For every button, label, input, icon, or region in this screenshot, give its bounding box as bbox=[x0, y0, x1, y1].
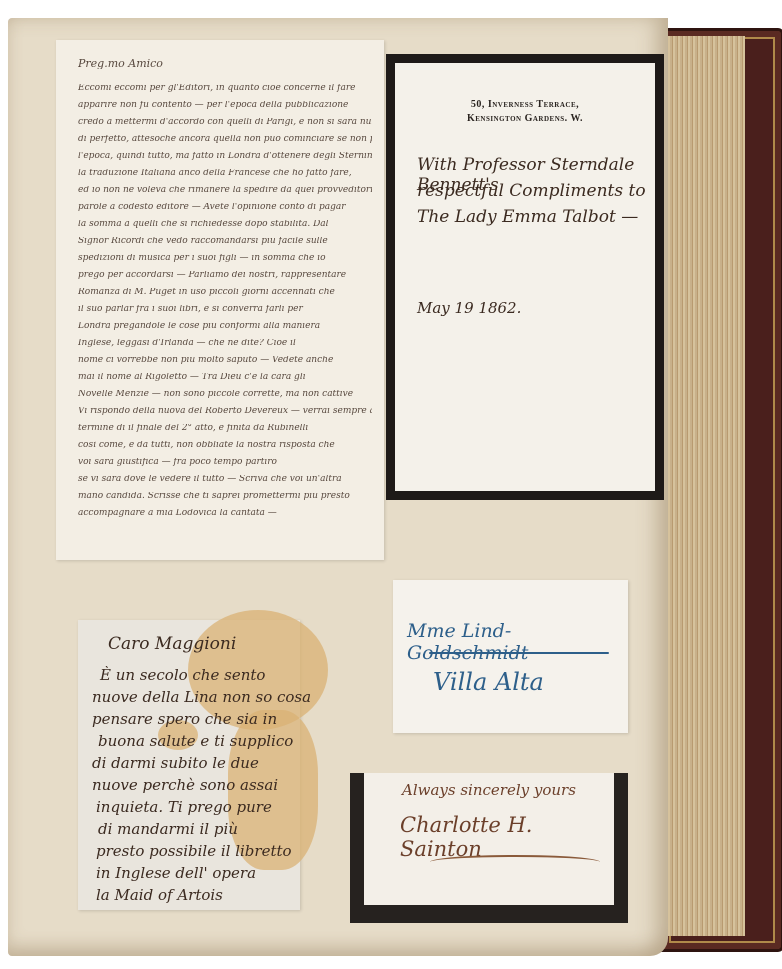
letter-line: Inglese, leggasi d'Irlanda — che ne dite… bbox=[78, 339, 372, 348]
card-name: Mme Lind-Goldschmidt bbox=[407, 620, 628, 664]
card-message-line: The Lady Emma Talbot — bbox=[417, 207, 638, 227]
letter-line: credo a mettermi d'accordo con quelli di… bbox=[78, 118, 372, 127]
letter-line: nome ci vorrebbe non più molto saputo — … bbox=[78, 356, 372, 365]
letter-line: mano candida. Scrisse che ti saprei prom… bbox=[78, 492, 372, 501]
letter-line: parole a codesto editore — Avete l'opini… bbox=[78, 203, 372, 212]
note-line: in Inglese dell' opera bbox=[96, 864, 256, 882]
mourning-card-sainton: Always sincerely yours Charlotte H. Sain… bbox=[350, 773, 628, 923]
letter-line: Vi rispondo della nuova del Roberto Deve… bbox=[78, 407, 372, 416]
letter-line: Romanza di M. Puget in uso piccoli giorn… bbox=[78, 288, 372, 297]
letter-line: prego per accordarsi — Parliamo dei nost… bbox=[78, 271, 372, 280]
letter-line: Eccomi eccomi per gl'Editori, in quanto … bbox=[78, 84, 372, 93]
letter-line: se vi sarà dove le vedere il tutto — Scr… bbox=[78, 475, 372, 484]
note-line: pensare spero che sia in bbox=[92, 710, 277, 728]
note-line: nuove perchè sono assai bbox=[92, 776, 278, 794]
note-line: buona salute e ti supplico bbox=[98, 732, 293, 750]
letter-salutation: Preg.mo Amico bbox=[78, 58, 372, 69]
letter-line: il suo parlar fra i suoi libri, e si con… bbox=[78, 305, 372, 314]
letter-line: apparire non fu contento — per l'epoca d… bbox=[78, 101, 372, 110]
letter-line: Londra pregandole le cose più conformi a… bbox=[78, 322, 372, 331]
card-closing: Always sincerely yours bbox=[402, 781, 576, 799]
mourning-card-bennett: 50, Inverness Terrace, Kensington Garden… bbox=[386, 54, 664, 500]
printed-address-line1: 50, Inverness Terrace, bbox=[395, 99, 655, 110]
note-line: la Maid of Artois bbox=[96, 886, 223, 904]
note-salutation: Caro Maggioni bbox=[108, 634, 236, 654]
signature-flourish bbox=[430, 855, 600, 869]
note-line: nuove della Lina non so cosa bbox=[92, 688, 311, 706]
note-line: È un secolo che sento bbox=[100, 666, 265, 684]
letter-line: mai il nome al Rigoletto — Tra Dieu c'è … bbox=[78, 373, 372, 382]
italian-letter-top: Preg.mo Amico Eccomi eccomi per gl'Edito… bbox=[56, 40, 384, 560]
letter-line: così come, e da tutti, non obbliate la n… bbox=[78, 441, 372, 450]
letter-line: spedizioni di musica per i suoi figli — … bbox=[78, 254, 372, 263]
note-line: di mandarmi il più bbox=[98, 820, 238, 838]
letter-line: l'epoca, quindi tutto, ma fatto in Londr… bbox=[78, 152, 372, 161]
album-page: 107 Preg.mo Amico Eccomi eccomi per gl'E… bbox=[8, 18, 668, 956]
card-place: Villa Alta bbox=[433, 668, 544, 696]
letter-line: ed io non ne voleva che rimanere la sped… bbox=[78, 186, 372, 195]
letter-line: la somma a quelli che si richiedesse dop… bbox=[78, 220, 372, 229]
underline-flourish bbox=[429, 652, 609, 654]
printed-address-line2: Kensington Gardens. W. bbox=[395, 113, 655, 124]
card-signature: Charlotte H. Sainton bbox=[400, 813, 614, 861]
letter-line: voi sarà giustifica — fra poco tempo par… bbox=[78, 458, 372, 467]
page-edges bbox=[665, 36, 745, 936]
letter-line: accompagnare a mia Lodovica la cantata — bbox=[78, 509, 372, 518]
letter-line: di perfetto, attesochè ancora quella non… bbox=[78, 135, 372, 144]
card-message-line: respectful Compliments to bbox=[417, 181, 646, 201]
note-line: inquieta. Ti prego pure bbox=[96, 798, 272, 816]
calling-card-lind: Mme Lind-Goldschmidt Villa Alta bbox=[393, 580, 628, 733]
italian-note-bottom: Caro Maggioni È un secolo che sento nuov… bbox=[78, 620, 300, 910]
letter-line: la traduzione Italiana anco della France… bbox=[78, 169, 372, 178]
card-date: May 19 1862. bbox=[417, 299, 521, 317]
note-line: di darmi subito le due bbox=[92, 754, 259, 772]
letter-line: Novelle Menzie — non sono piccole corret… bbox=[78, 390, 372, 399]
letter-line: Signor Ricordi che vedo raccomandarsi pi… bbox=[78, 237, 372, 246]
note-line: presto possibile il libretto bbox=[96, 842, 292, 860]
letter-line: termine di il finale del 2° atto, è fini… bbox=[78, 424, 372, 433]
